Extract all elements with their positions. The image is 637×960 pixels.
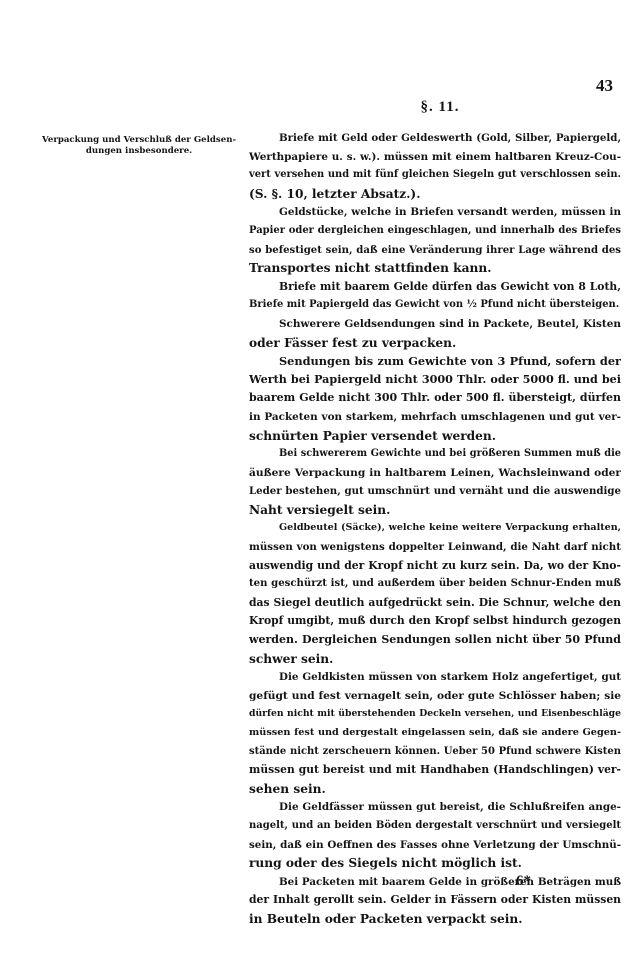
text-line: oder Fässer fest zu verpacken. (249, 334, 621, 353)
text-line: rung oder des Siegels nicht möglich ist. (249, 854, 621, 873)
text-line: Die Geldfässer müssen gut bereist, die S… (249, 798, 621, 817)
text-line: in Packeten von starkem, mehrfach umschl… (249, 408, 621, 427)
page-number: 43 (596, 76, 613, 96)
text-line: Briefe mit Papiergeld das Gewicht von ½ … (249, 296, 621, 315)
text-line: schwer sein. (249, 650, 621, 669)
text-line: Die Geldkisten müssen von starkem Holz a… (249, 668, 621, 687)
text-line: gefügt und fest vernagelt sein, oder gut… (249, 687, 621, 706)
section-heading: §. 11. (400, 99, 480, 116)
text-line: Briefe mit Geld oder Geldeswerth (Gold, … (249, 129, 621, 148)
text-line: schnürten Papier versendet werden. (249, 427, 621, 446)
text-line: Papier oder dergleichen eingeschlagen, u… (249, 222, 621, 241)
text-line: müssen fest und dergestalt eingelassen s… (249, 724, 621, 743)
margin-note-line: Verpackung und Verschluß der Geldsen- (36, 135, 242, 146)
paragraph: Briefe mit Geld oder Geldeswerth (Gold, … (249, 129, 621, 203)
margin-note: Verpackung und Verschluß der Geldsen-dun… (36, 135, 242, 157)
text-line: nagelt, und an beiden Böden dergestalt v… (249, 817, 621, 836)
text-line: Kropf umgibt, muß durch den Kropf selbst… (249, 612, 621, 631)
paragraph: Die Geldfässer müssen gut bereist, die S… (249, 798, 621, 872)
text-line: werden. Dergleichen Sendungen sollen nic… (249, 631, 621, 650)
paragraph: Bei Packeten mit baarem Gelde in größere… (249, 873, 621, 929)
text-line: stände nicht zerscheuern können. Ueber 5… (249, 743, 621, 762)
paragraph: Briefe mit baarem Gelde dürfen das Gewic… (249, 278, 621, 315)
text-line: Bei Packeten mit baarem Gelde in größere… (249, 873, 621, 892)
text-line: Schwerere Geldsendungen sind in Packete,… (249, 315, 621, 334)
text-line: Geldbeutel (Säcke), welche keine weitere… (249, 519, 621, 538)
paragraph: Geldbeutel (Säcke), welche keine weitere… (249, 519, 621, 668)
text-line: Sendungen bis zum Gewichte von 3 Pfund, … (249, 352, 621, 371)
text-line: müssen von wenigstens doppelter Leinwand… (249, 538, 621, 557)
signature-mark: 6* (516, 873, 531, 890)
text-line: der Inhalt gerollt sein. Gelder in Fässe… (249, 891, 621, 910)
paragraph: Bei schwererem Gewichte und bei größeren… (249, 445, 621, 519)
text-line: sein, daß ein Oeffnen des Fasses ohne Ve… (249, 836, 621, 855)
paragraph: Sendungen bis zum Gewichte von 3 Pfund, … (249, 352, 621, 445)
text-line: baarem Gelde nicht 300 Thlr. oder 500 fl… (249, 389, 621, 408)
text-line: Naht versiegelt sein. (249, 501, 621, 520)
text-line: so befestiget sein, daß eine Veränderung… (249, 241, 621, 260)
paragraph: Geldstücke, welche in Briefen versandt w… (249, 203, 621, 277)
text-line: müssen gut bereist und mit Handhaben (Ha… (249, 761, 621, 780)
text-line: das Siegel deutlich aufgedrückt sein. Di… (249, 594, 621, 613)
text-line: äußere Verpackung in haltbarem Leinen, W… (249, 464, 621, 483)
body-text: Briefe mit Geld oder Geldeswerth (Gold, … (249, 129, 621, 929)
text-line: dürfen nicht mit überstehenden Deckeln v… (249, 705, 621, 724)
margin-note-line: dungen insbesondere. (36, 146, 242, 157)
text-line: Transportes nicht stattfinden kann. (249, 259, 621, 278)
text-line: ten geschürzt ist, und außerdem über bei… (249, 575, 621, 594)
text-line: Geldstücke, welche in Briefen versandt w… (249, 203, 621, 222)
text-line: in Beuteln oder Packeten verpackt sein. (249, 910, 621, 929)
text-line: auswendig und der Kropf nicht zu kurz se… (249, 557, 621, 576)
text-line: Werth bei Papiergeld nicht 3000 Thlr. od… (249, 371, 621, 390)
text-line: vert versehen und mit fünf gleichen Sieg… (249, 166, 621, 185)
text-line: Werthpapiere u. s. w.). müssen mit einem… (249, 148, 621, 167)
text-line: sehen sein. (249, 780, 621, 799)
text-line: Bei schwererem Gewichte und bei größeren… (249, 445, 621, 464)
paragraph: Die Geldkisten müssen von starkem Holz a… (249, 668, 621, 798)
text-line: Leder bestehen, gut umschnürt und vernäh… (249, 482, 621, 501)
paragraph: Schwerere Geldsendungen sind in Packete,… (249, 315, 621, 352)
text-line: Briefe mit baarem Gelde dürfen das Gewic… (249, 278, 621, 297)
text-line: (S. §. 10, letzter Absatz.). (249, 185, 621, 204)
